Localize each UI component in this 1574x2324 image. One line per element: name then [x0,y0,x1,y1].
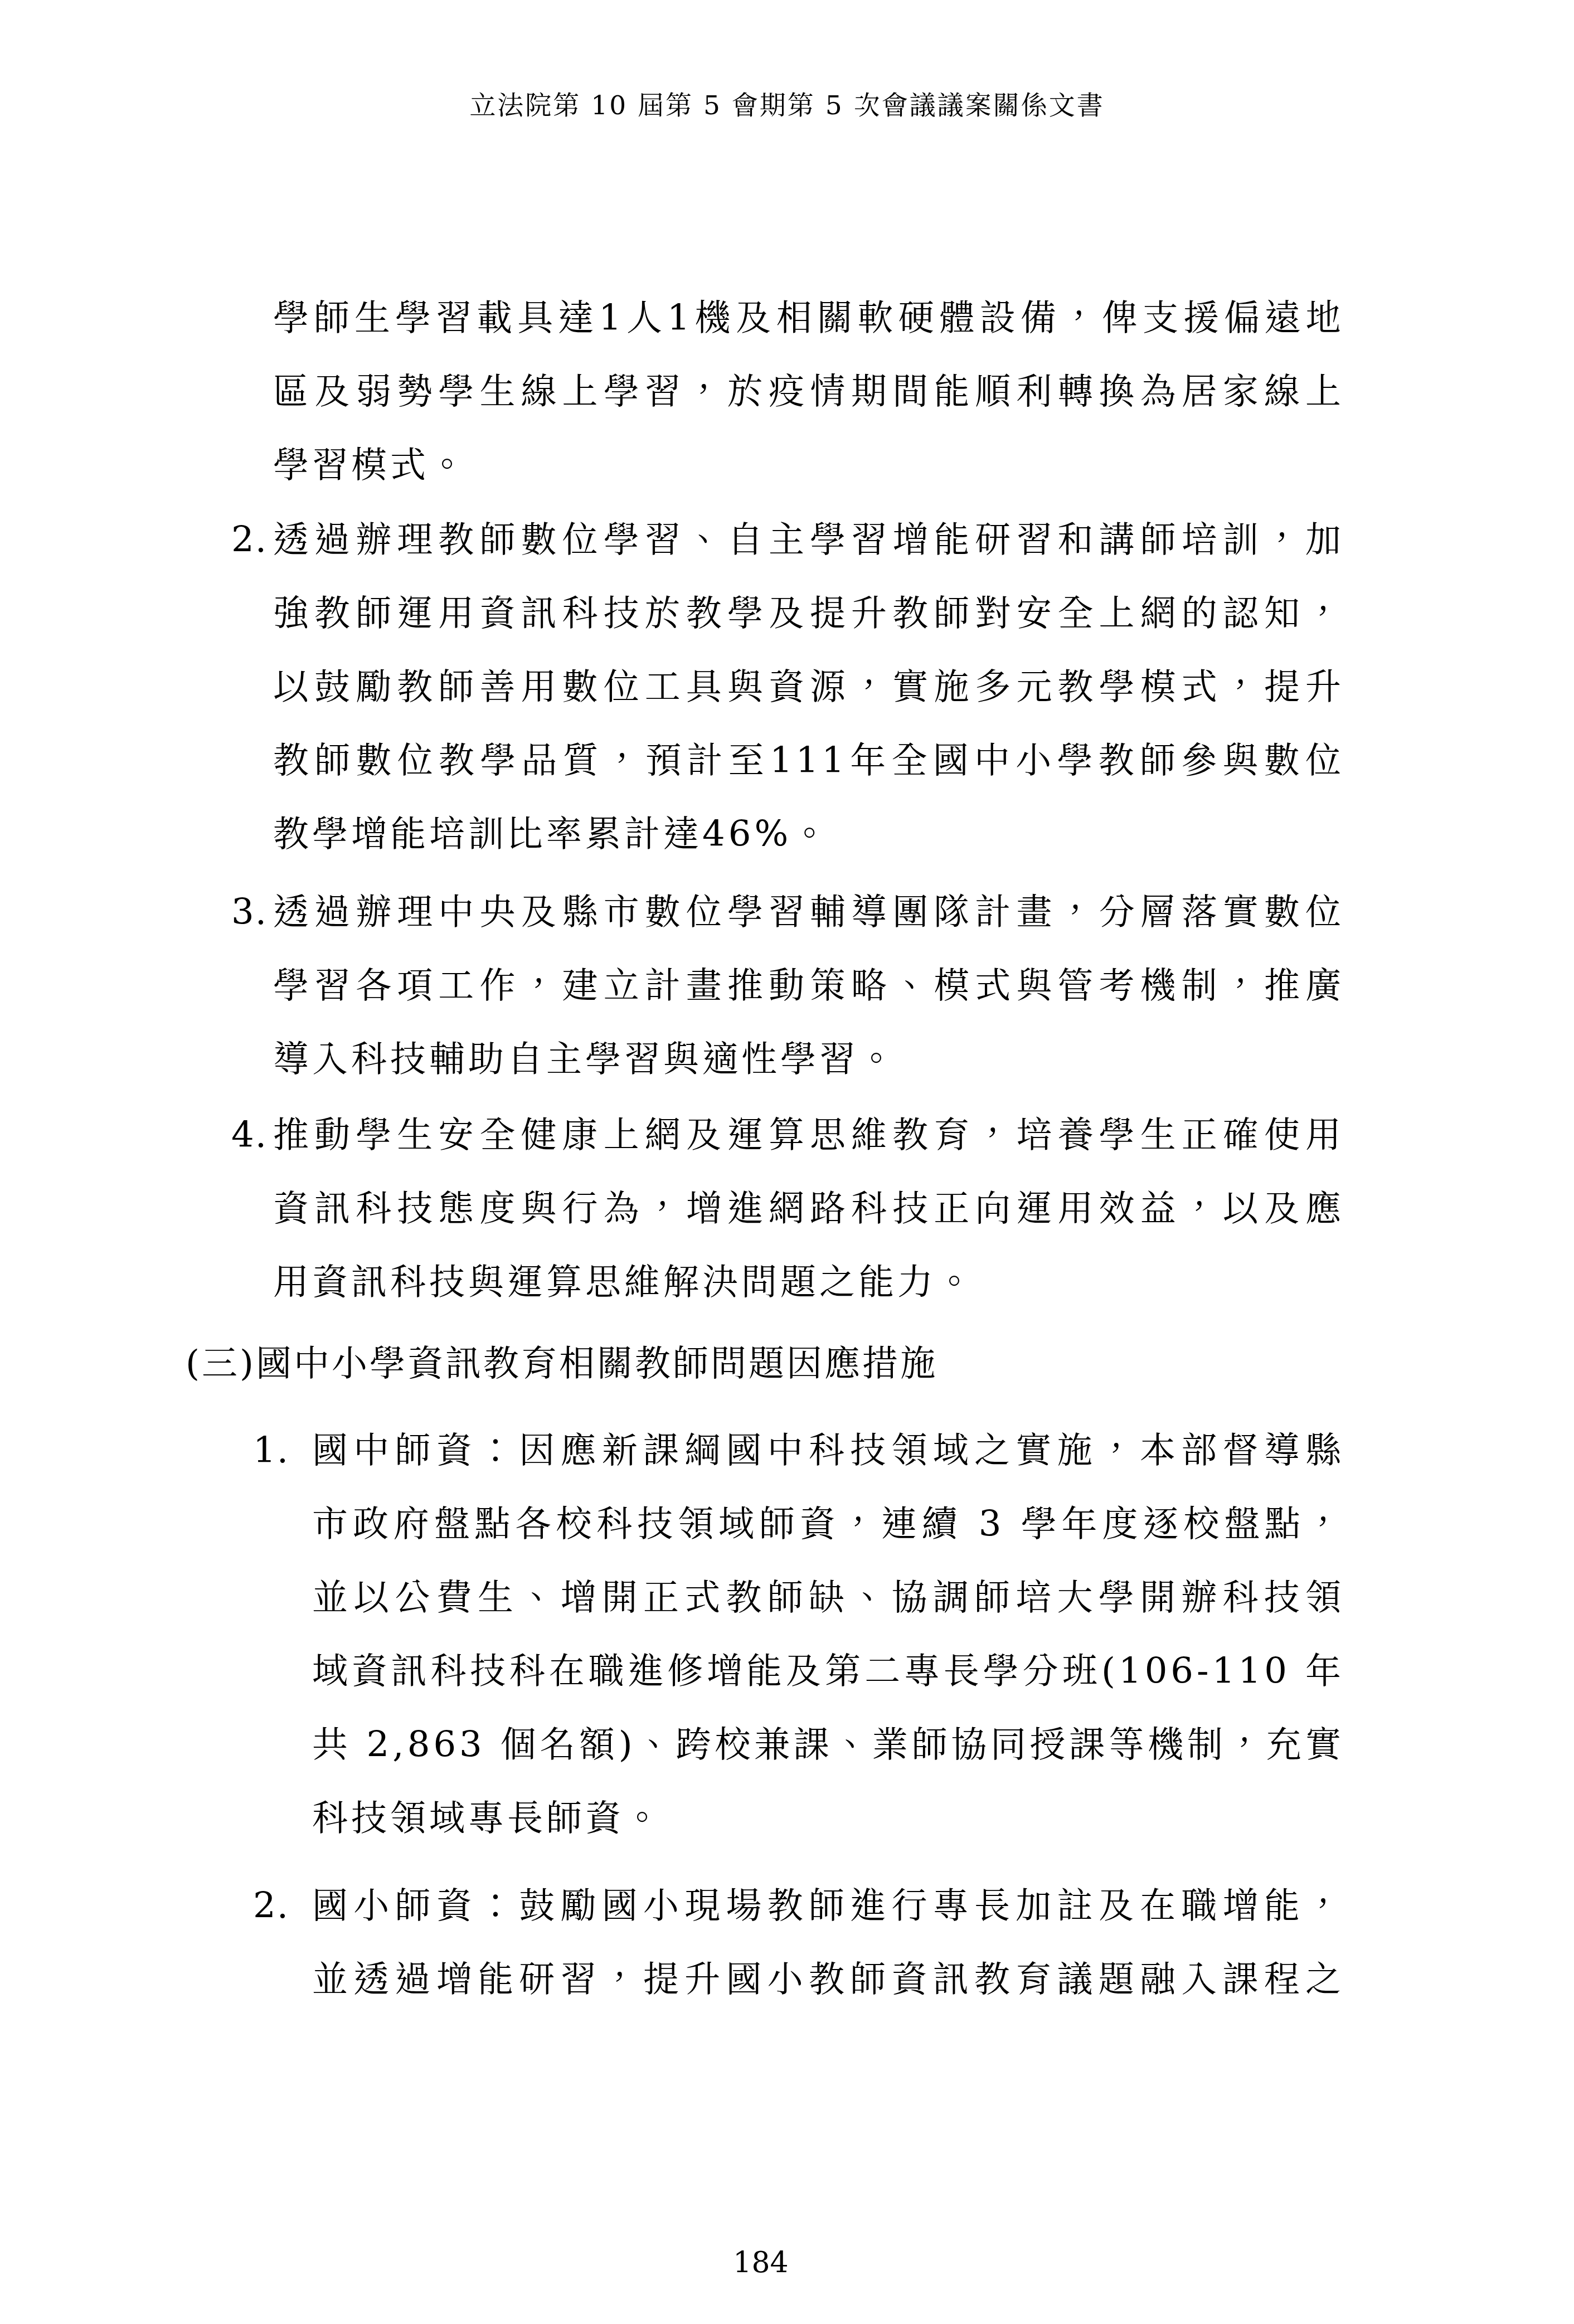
item-continuation: 學師生學習載具達1人1機及相關軟硬體設備，俾支援偏遠地區及弱勢學生線上學習，於疫… [0,281,1574,502]
item-marker: 4. [231,1098,268,1172]
item-marker: 2. [231,503,268,577]
document-header: 立法院第 10 屆第 5 會期第 5 次會議議案關係文書 [0,84,1574,128]
text-line: 資訊科技態度與行為，增進網路科技正向運用效益，以及應 [273,1172,1344,1246]
text-line: 並以公費生、增開正式教師缺、協調師培大學開辦科技領 [312,1561,1344,1635]
text-line: 學習各項工作，建立計畫推動策略、模式與管考機制，推廣 [273,949,1344,1023]
text-line: 強教師運用資訊科技於教學及提升教師對安全上網的認知， [273,577,1344,650]
text-line: 並透過增能研習，提升國小教師資訊教育議題融入課程之 [312,1943,1344,2016]
item-marker: 3. [231,876,268,949]
text-line: 域資訊科技科在職進修增能及第二專長學分班(106-110 年 [312,1635,1344,1708]
text-line: (三)國中小學資訊教育相關教師問題因應措施 [186,1327,1344,1401]
text-line: 教學增能培訓比率累計達46%。 [273,798,1344,871]
numbered-item: 4.推動學生安全健康上網及運算思維教育，培養學生正確使用資訊科技態度與行為，增進… [0,1098,1574,1319]
document-body: 學師生學習載具達1人1機及相關軟硬體設備，俾支援偏遠地區及弱勢學生線上學習，於疫… [0,281,1574,2016]
text-line: 學師生學習載具達1人1機及相關軟硬體設備，俾支援偏遠地 [273,281,1344,355]
text-line: 以鼓勵教師善用數位工具與資源，實施多元教學模式，提升 [273,650,1344,724]
page-number: 184 [0,2246,1522,2279]
text-line: 區及弱勢學生線上學習，於疫情期間能順利轉換為居家線上 [273,355,1344,429]
text-line: 科技領域專長師資。 [312,1782,1344,1855]
text-line: 導入科技輔助自主學習與適性學習。 [273,1023,1344,1096]
text-line: 用資訊科技與運算思維解決問題之能力。 [273,1246,1344,1319]
section-heading: (三)國中小學資訊教育相關教師問題因應措施 [0,1327,1574,1401]
numbered-item: 2.透過辦理教師數位學習、自主學習增能研習和講師培訓，加強教師運用資訊科技於教學… [0,503,1574,871]
document-page: 立法院第 10 屆第 5 會期第 5 次會議議案關係文書 學師生學習載具達1人1… [0,0,1574,2324]
numbered-item: 2.國小師資：鼓勵國小現場教師進行專長加註及在職增能，並透過增能研習，提升國小教… [0,1869,1574,2016]
item-marker: 1. [253,1414,289,1487]
numbered-item: 3.透過辦理中央及縣市數位學習輔導團隊計畫，分層落實數位學習各項工作，建立計畫推… [0,876,1574,1096]
text-line: 國中師資：因應新課綱國中科技領域之實施，本部督導縣 [312,1414,1344,1487]
text-line: 教師數位教學品質，預計至111年全國中小學教師參與數位 [273,724,1344,798]
text-line: 市政府盤點各校科技領域師資，連續 3 學年度逐校盤點， [312,1487,1344,1561]
text-line: 推動學生安全健康上網及運算思維教育，培養學生正確使用 [273,1098,1344,1172]
text-line: 共 2,863 個名額)、跨校兼課、業師協同授課等機制，充實 [312,1708,1344,1782]
text-line: 透過辦理教師數位學習、自主學習增能研習和講師培訓，加 [273,503,1344,577]
numbered-item: 1.國中師資：因應新課綱國中科技領域之實施，本部督導縣市政府盤點各校科技領域師資… [0,1414,1574,1855]
text-line: 透過辦理中央及縣市數位學習輔導團隊計畫，分層落實數位 [273,876,1344,949]
text-line: 國小師資：鼓勵國小現場教師進行專長加註及在職增能， [312,1869,1344,1943]
text-line: 學習模式。 [273,429,1344,502]
item-marker: 2. [253,1869,289,1943]
